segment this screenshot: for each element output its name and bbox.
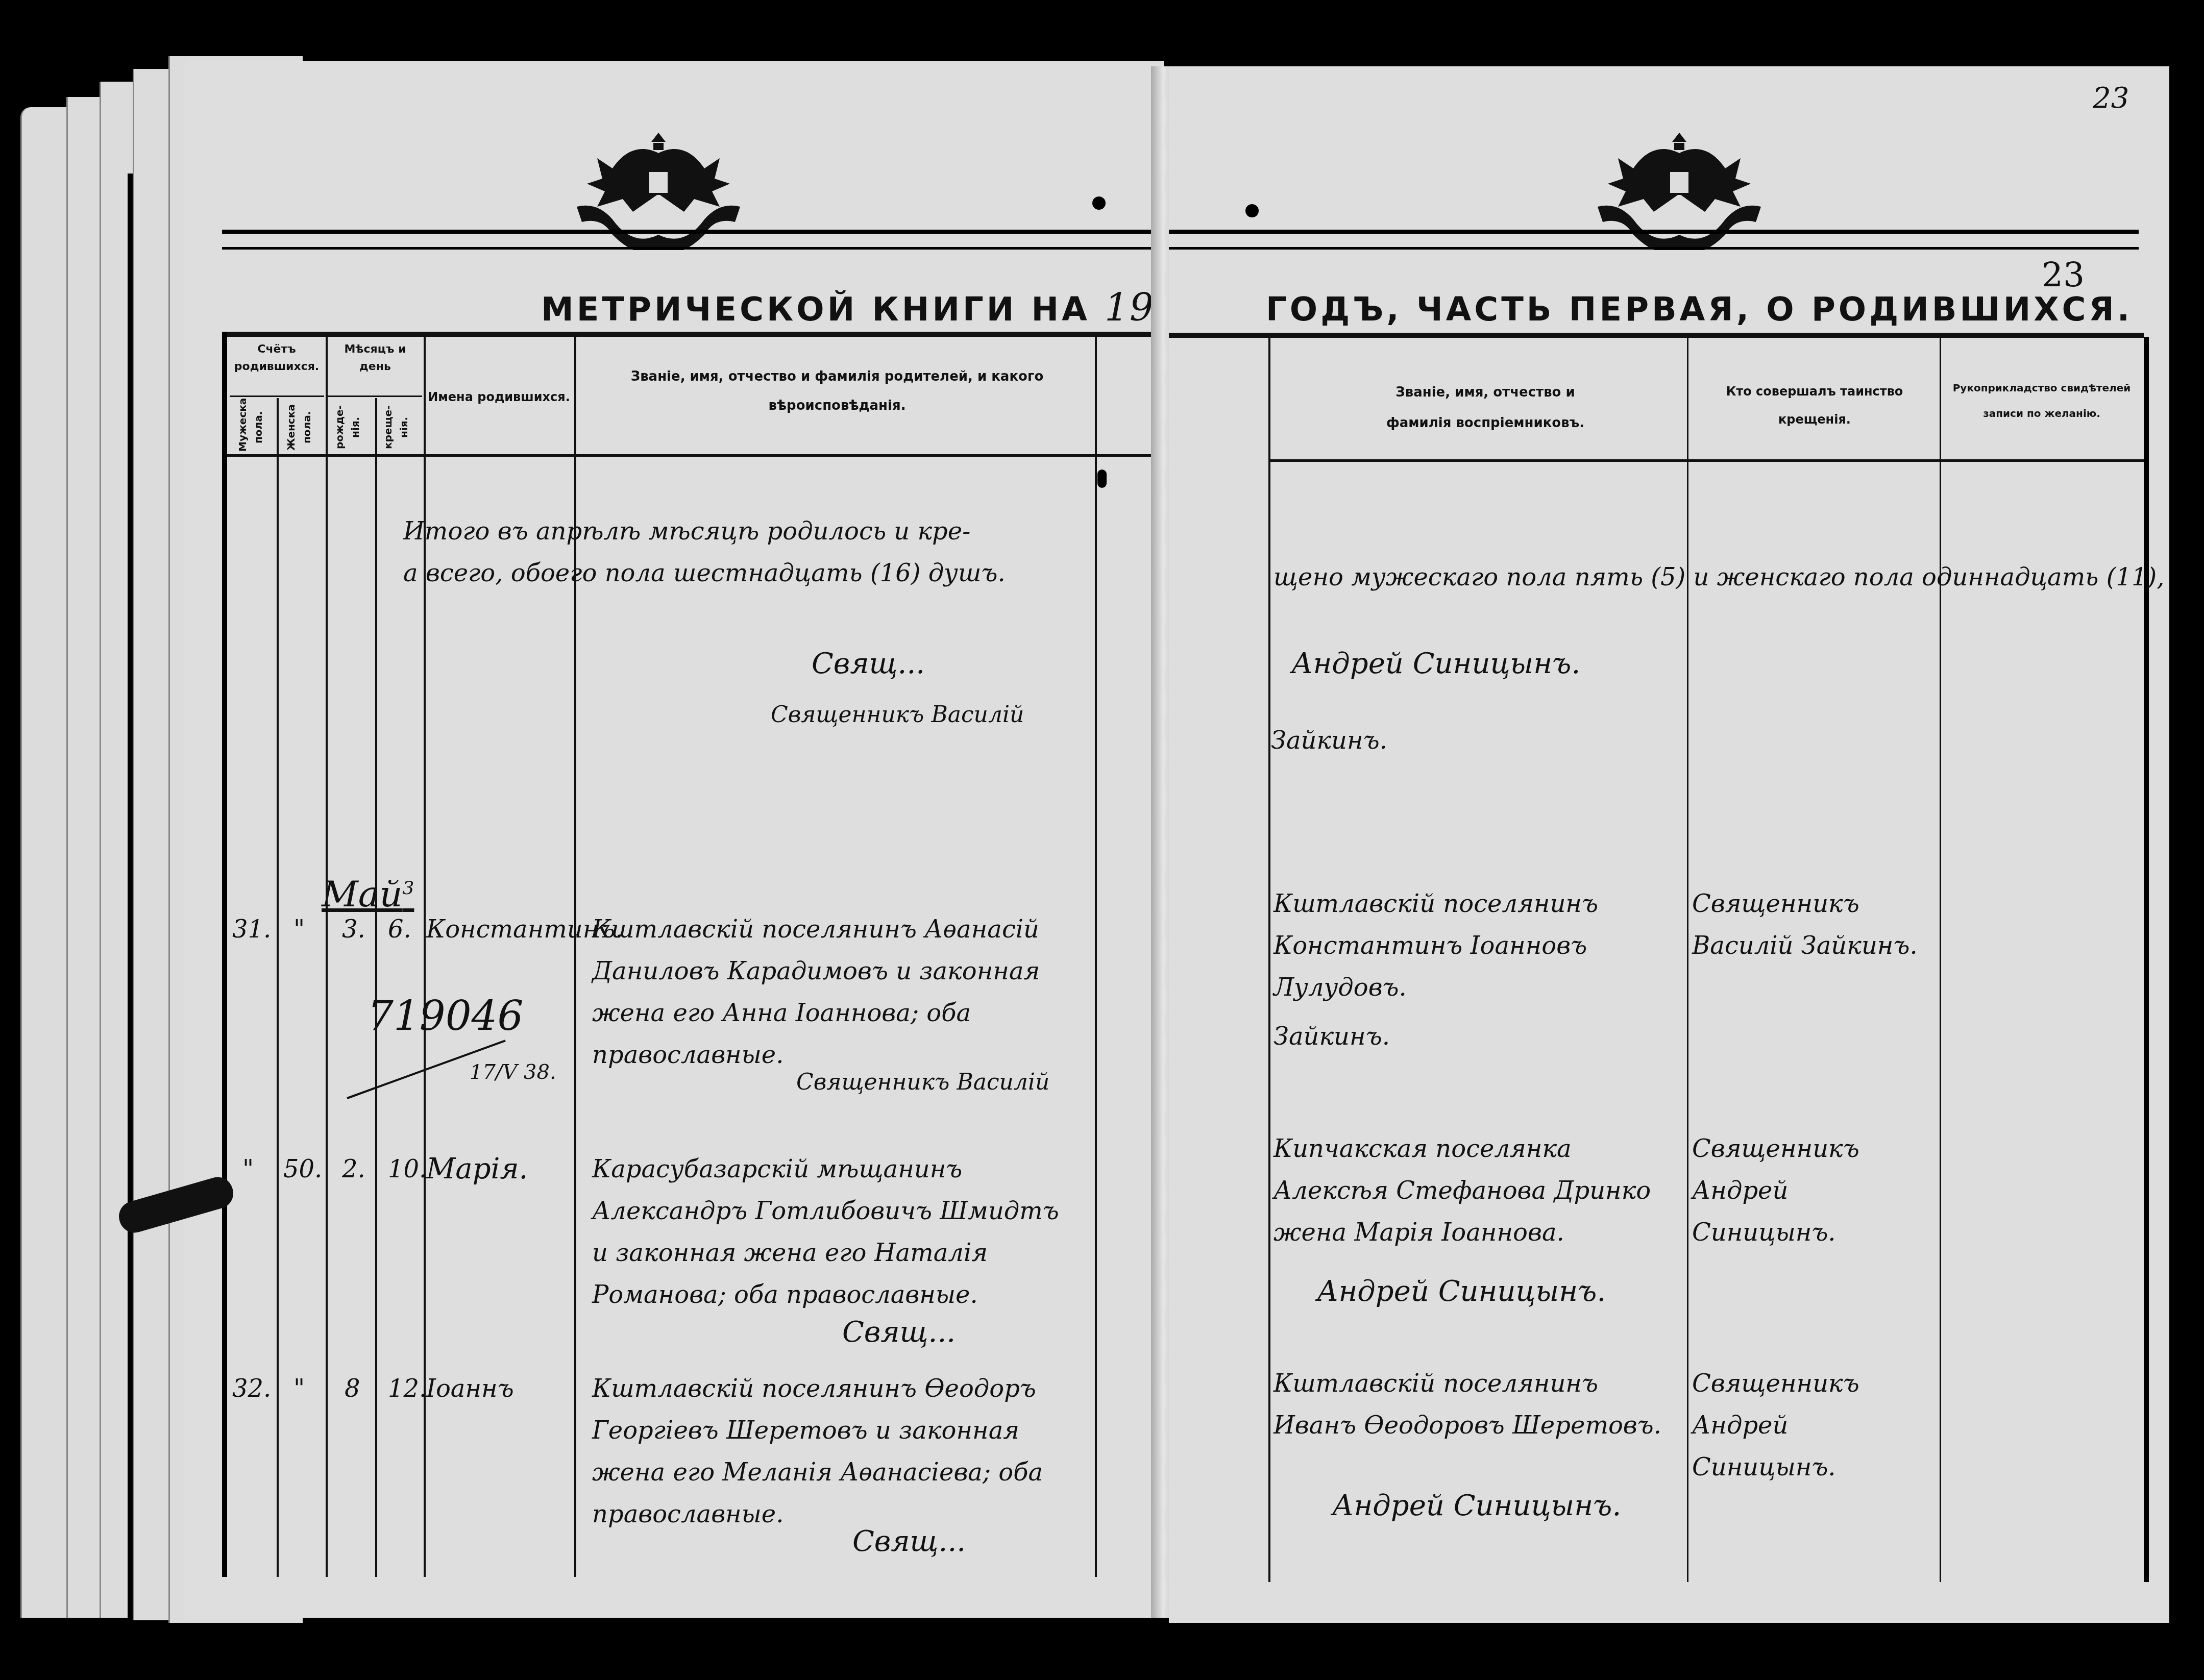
header-godparents: Званіе, имя, отчество и фамилія воспріем… [1363,378,1608,439]
subheader-rule-date [328,396,422,397]
month-superscript: 3 [403,878,414,899]
header-officiant: Кто совершалъ таинство крещенія. [1695,378,1934,434]
summary-signature-right: Андрей Синицынъ. [1291,643,1580,685]
female-count: " [293,1368,305,1410]
right-page: 23 23 ГОДЪ, ЧАСТЬ ПЕРВАЯ, О РОДИВШИХСЯ. … [1169,66,2169,1623]
godparents-record: Кипчакская поселянка Алексѣя Стефанова Д… [1274,1128,1682,1253]
left-page: МЕТРИЧЕСКОЙ КНИГИ НА 1912й Счётъ родивши… [184,61,1164,1618]
header-date-group: Мѣсяцъ и день [329,341,421,376]
birth-day: 2. [342,1148,365,1190]
summary-signature-left: Свящ... [812,643,925,685]
summary-right: щено мужескаго пола пять (5) и женскаго … [1274,556,2141,598]
child-name: Іоаннъ [426,1368,514,1410]
header-witness-signatures: Рукоприкладство свидѣтелей записи по жел… [1945,375,2139,426]
parents-record: Кштлавскій поселянинъ Аѳанасій Даниловъ … [592,908,1082,1076]
parents-record: Карасубазарскій мѣщанинъ Александръ Готл… [592,1148,1082,1316]
godparents-signature: Зайкинъ. [1274,1016,1390,1057]
binding-hole [1245,204,1259,217]
summary-line-1: Итого въ апрѣлѣ мѣсяцѣ родилось и кре- [403,510,1092,552]
parents-record: Кштлавскій поселянинъ Ѳеодоръ Георгіевъ … [592,1368,1082,1535]
subheader-rule-count [230,396,324,397]
stamp-number: 719046 [368,995,523,1037]
birth-day: 8 [345,1368,360,1410]
register-title-left: МЕТРИЧЕСКОЙ КНИГИ НА 1912й [541,286,1224,330]
header-rule-right [1169,230,2139,250]
col-divider-godparents-start [1268,337,1270,1582]
male-count: 31. [232,908,271,950]
col-divider-witness [1940,337,1941,1582]
parents-signature: Свящ... [842,1312,956,1353]
col-divider-male [277,398,279,1577]
summary-signature-right-2: Зайкинъ. [1271,720,1387,761]
officiant: Священникъ Андрей Синицынъ. [1692,1128,1937,1253]
parents-signature: Свящ... [852,1521,966,1563]
summary-line-2: а всего, обоего пола шестнадцать (16) ду… [403,552,1092,594]
godparents-record: Кштлавскій поселянинъ Константинъ Іоанно… [1274,883,1682,1008]
binding-hole [1097,470,1107,488]
table-header-bottom-rule [1268,459,2144,462]
officiant: Священникъ Василій Зайкинъ. [1692,883,1937,967]
header-parents: Званіе, имя, отчество и фамилія родителе… [592,362,1082,421]
parents-signature: Священникъ Василій [796,1061,1049,1103]
header-count-group: Счётъ родившихся. [231,341,323,376]
col-divider-parents-end [1095,337,1097,1577]
female-count: " [293,908,305,950]
header-count-female: Женска пола. [283,403,322,452]
male-count: " [242,1148,254,1190]
officiant: Священникъ Андрей Синицынъ. [1692,1363,1937,1488]
handwritten-page-number: 23 [2093,82,2129,115]
col-divider-officiant [1687,337,1688,1582]
header-date-birth: рожде-нія. [332,403,370,452]
baptism-day: 12. [388,1368,427,1410]
table-header-bottom-rule [227,454,1156,457]
female-count: 50. [283,1148,322,1190]
baptism-day: 6. [388,908,411,950]
summary-left: Итого въ апрѣлѣ мѣсяцѣ родилось и кре- а… [403,510,1092,594]
godparents-signature: Андрей Синицынъ. [1332,1485,1621,1527]
col-divider-female [326,337,328,1577]
table-top-rule [1169,333,2144,338]
header-rule-left [222,230,1156,250]
printed-page-number: 23 [2042,255,2085,294]
male-count: 32. [232,1368,271,1410]
header-names: Имена родившихся. [426,388,572,407]
header-date-baptism: креще-нія. [380,403,419,452]
register-title-right: ГОДЪ, ЧАСТЬ ПЕРВАЯ, О РОДИВШИХСЯ. [1266,291,2133,329]
birth-day: 3. [342,908,365,950]
godparents-record: Кштлавскій поселянинъ Иванъ Ѳеодоровъ Ше… [1274,1363,1682,1446]
summary-signature-left-2: Священникъ Василій [771,694,1024,736]
col-divider-birth [375,398,377,1577]
godparents-signature: Андрей Синицынъ. [1317,1271,1606,1313]
header-count-male: Мужеска пола. [235,403,273,452]
table-top-rule [227,332,1156,337]
title-text: МЕТРИЧЕСКОЙ КНИГИ НА [541,291,1090,329]
baptism-day: 10. [388,1148,427,1190]
binding-hole [1092,196,1106,210]
child-name: Марія. [426,1148,528,1190]
stamp-date: 17/V 38. [470,1051,556,1093]
back-page-frame [128,174,153,1653]
